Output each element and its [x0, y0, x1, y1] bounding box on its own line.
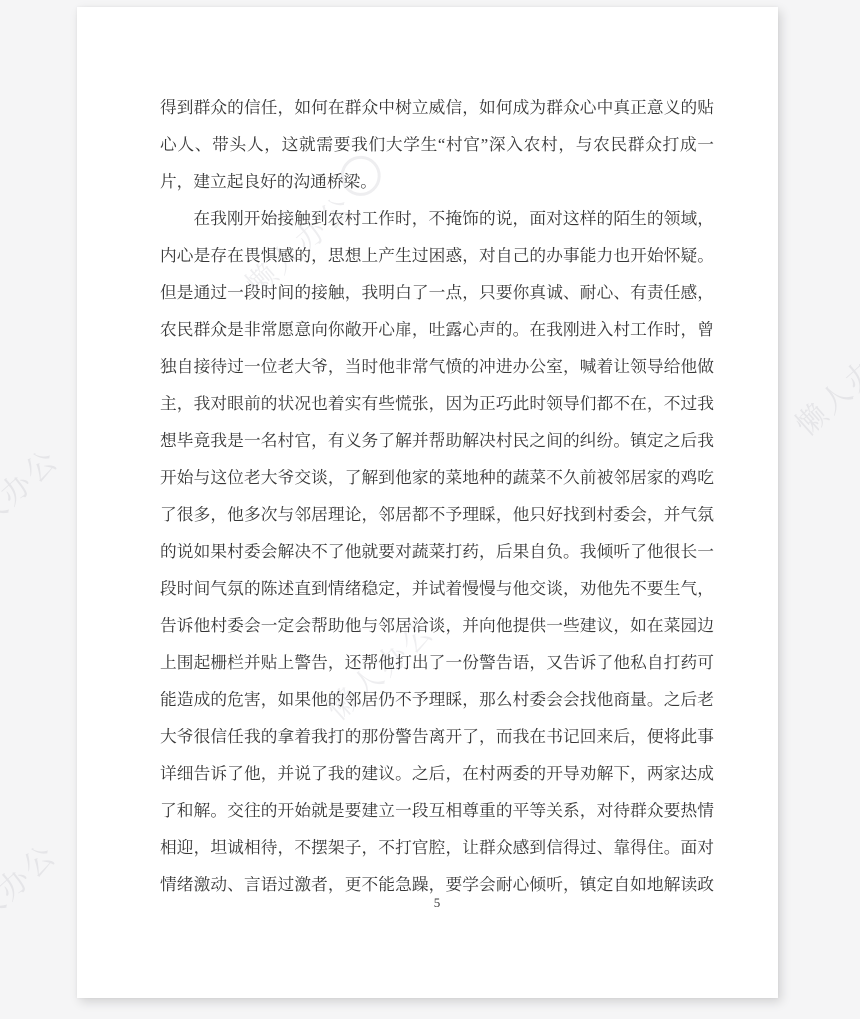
text-line: 相迎，坦诚相待，不摆架子，不打官腔，让群众感到信得过、靠得住。面对: [160, 829, 714, 866]
text-line: 上围起栅栏并贴上警告，还帮他打出了一份警告语，又告诉了他私自打药可: [160, 644, 714, 681]
text-line: 详细告诉了他，并说了我的建议。之后，在村两委的开导劝解下，两家达成: [160, 755, 714, 792]
text-line: 农民群众是非常愿意向你敞开心扉，吐露心声的。在我刚进入村工作时，曾: [160, 311, 714, 348]
text-block: 得到群众的信任，如何在群众中树立威信，如何成为群众心中真正意义的贴心人、带头人，…: [160, 89, 714, 903]
watermark: 懒人办公: [784, 292, 860, 447]
text-line: 想毕竟我是一名村官，有义务了解并帮助解决村民之间的纠纷。镇定之后我: [160, 422, 714, 459]
document-canvas: 得到群众的信任，如何在群众中树立威信，如何成为群众心中真正意义的贴心人、带头人，…: [0, 0, 860, 1019]
text-line: 内心是存在畏惧感的，思想上产生过困惑，对自己的办事能力也开始怀疑。: [160, 237, 714, 274]
text-line: 了很多，他多次与邻居理论，邻居都不予理睬，他只好找到村委会，并气氛: [160, 496, 714, 533]
text-line: 段时间气氛的陈述直到情绪稳定，并试着慢慢与他交谈，劝他先不要生气，: [160, 570, 714, 607]
text-line: 开始与这位老大爷交谈，了解到他家的菜地种的蔬菜不久前被邻居家的鸡吃: [160, 459, 714, 496]
watermark-text: 懒人办公: [0, 838, 63, 951]
text-line: 在我刚开始接触到农村工作时，不掩饰的说，面对这样的陌生的领域，: [160, 200, 714, 237]
text-line: 告诉他村委会一定会帮助他与邻居洽谈，并向他提供一些建议，如在菜园边: [160, 607, 714, 644]
page-number: 5: [160, 893, 714, 913]
watermark-text: 懒人办公: [790, 330, 860, 443]
watermark: 懒人办公: [0, 831, 65, 952]
text-line: 的说如果村委会解决不了他就要对蔬菜打药，后果自负。我倾听了他很长一: [160, 533, 714, 570]
text-line: 片，建立起良好的沟通桥梁。: [160, 163, 714, 200]
text-line: 心人、带头人，这就需要我们大学生“村官”深入农村，与农民群众打成一: [160, 126, 714, 163]
text-line: 独自接待过一位老大爷，当时他非常气愤的冲进办公室，喊着让领导给他做: [160, 348, 714, 385]
text-line: 但是通过一段时间的接触，我明白了一点，只要你真诚、耐心、有责任感，: [160, 274, 714, 311]
text-line: 得到群众的信任，如何在群众中树立威信，如何成为群众心中真正意义的贴: [160, 89, 714, 126]
text-line: 能造成的危害，如果他的邻居仍不予理睬，那么村委会会找他商量。之后老: [160, 681, 714, 718]
watermark-text: 懒人办公: [0, 443, 65, 556]
text-line: 了和解。交往的开始就是要建立一段互相尊重的平等关系，对待群众要热情: [160, 792, 714, 829]
watermark: 懒人办公: [0, 436, 67, 557]
text-line: 大爷很信任我的拿着我打的那份警告离开了，而我在书记回来后，便将此事: [160, 718, 714, 755]
text-line: 主，我对眼前的状况也着实有些慌张，因为正巧此时领导们都不在，不过我: [160, 385, 714, 422]
document-page[interactable]: 得到群众的信任，如何在群众中树立威信，如何成为群众心中真正意义的贴心人、带头人，…: [77, 7, 778, 998]
